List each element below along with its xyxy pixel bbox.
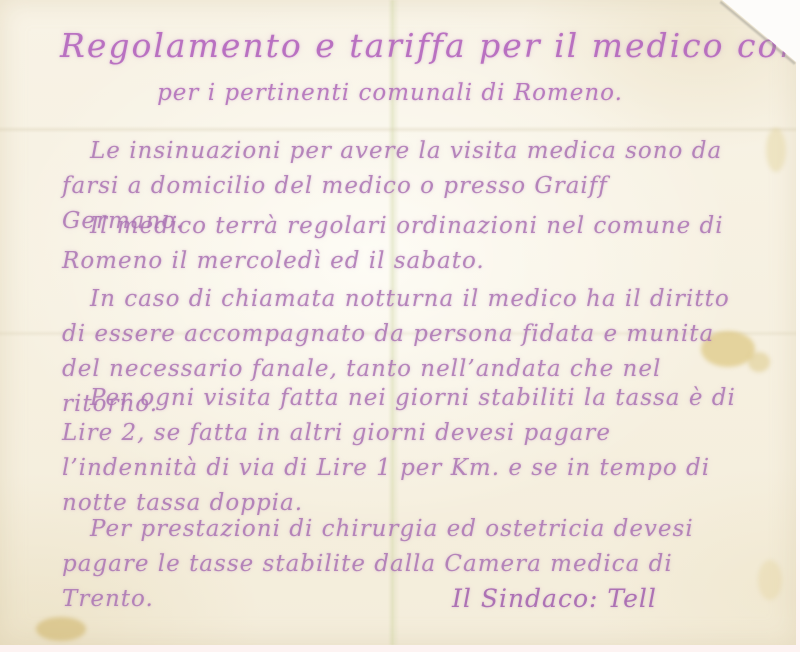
document-title: Regolamento e tariffa per il medico cond…	[60, 26, 750, 65]
stain	[766, 128, 786, 172]
stain	[758, 560, 782, 600]
horizontal-fold-crease	[0, 126, 797, 133]
paper-sheet: Regolamento e tariffa per il medico cond…	[0, 0, 797, 645]
document-subtitle: per i pertinenti comunali di Romeno.	[140, 80, 640, 106]
scanned-page-background: Regolamento e tariffa per il medico cond…	[0, 0, 800, 652]
paragraph-tariffe-visite: Per ogni visita fatta nei giorni stabili…	[62, 381, 738, 521]
paragraph-ordinazioni: Il medico terrà regolari ordinazioni nel…	[62, 209, 738, 279]
signature-line: Il Sindaco: Tell	[452, 584, 657, 613]
stain	[36, 617, 86, 641]
stain	[748, 352, 770, 372]
